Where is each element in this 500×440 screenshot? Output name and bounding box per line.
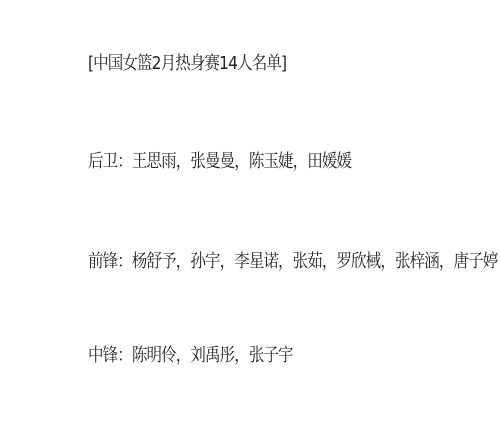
position-label-centers: 中锋：: [88, 345, 132, 366]
position-label-guards: 后卫：: [88, 151, 132, 172]
guards-row: 后卫：王思雨，张曼曼，陈玉婕，田媛媛: [88, 150, 351, 174]
players-guards: 王思雨，张曼曼，陈玉婕，田媛媛: [132, 151, 351, 172]
players-centers: 陈明伶，刘禹彤，张子宇: [132, 345, 293, 366]
players-forwards: 杨舒予，孙宇，李星诺，张茹，罗欣棫，张梓涵，唐子婷: [132, 251, 498, 272]
roster-title: [中国女篮2月热身赛14人名单]: [88, 52, 286, 76]
forwards-row: 前锋：杨舒予，孙宇，李星诺，张茹，罗欣棫，张梓涵，唐子婷: [88, 250, 497, 274]
position-label-forwards: 前锋：: [88, 251, 132, 272]
centers-row: 中锋：陈明伶，刘禹彤，张子宇: [88, 344, 293, 368]
